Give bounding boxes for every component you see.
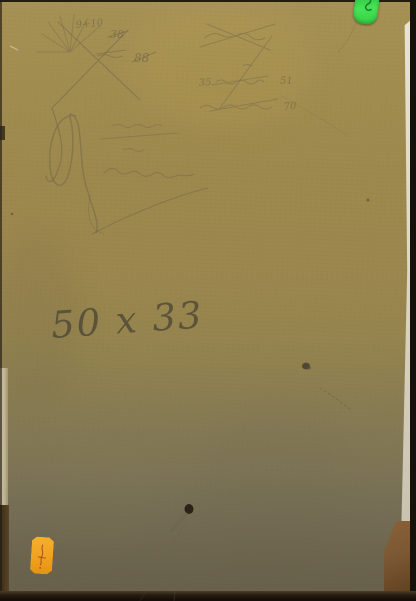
hardboard-panel [0,0,412,596]
photo-edge-left [0,0,2,601]
photo-edge-right [410,0,416,601]
orange-price-sticker [30,536,55,574]
photo-edge-top [0,0,416,2]
photo-of-painting-back: 9+10 38 88 35 51 [0,0,416,601]
photo-edge-bottom [0,591,416,601]
green-tag-handwriting [352,0,379,25]
green-tag-sticker [352,0,379,25]
orange-sticker-handwriting [30,536,55,574]
